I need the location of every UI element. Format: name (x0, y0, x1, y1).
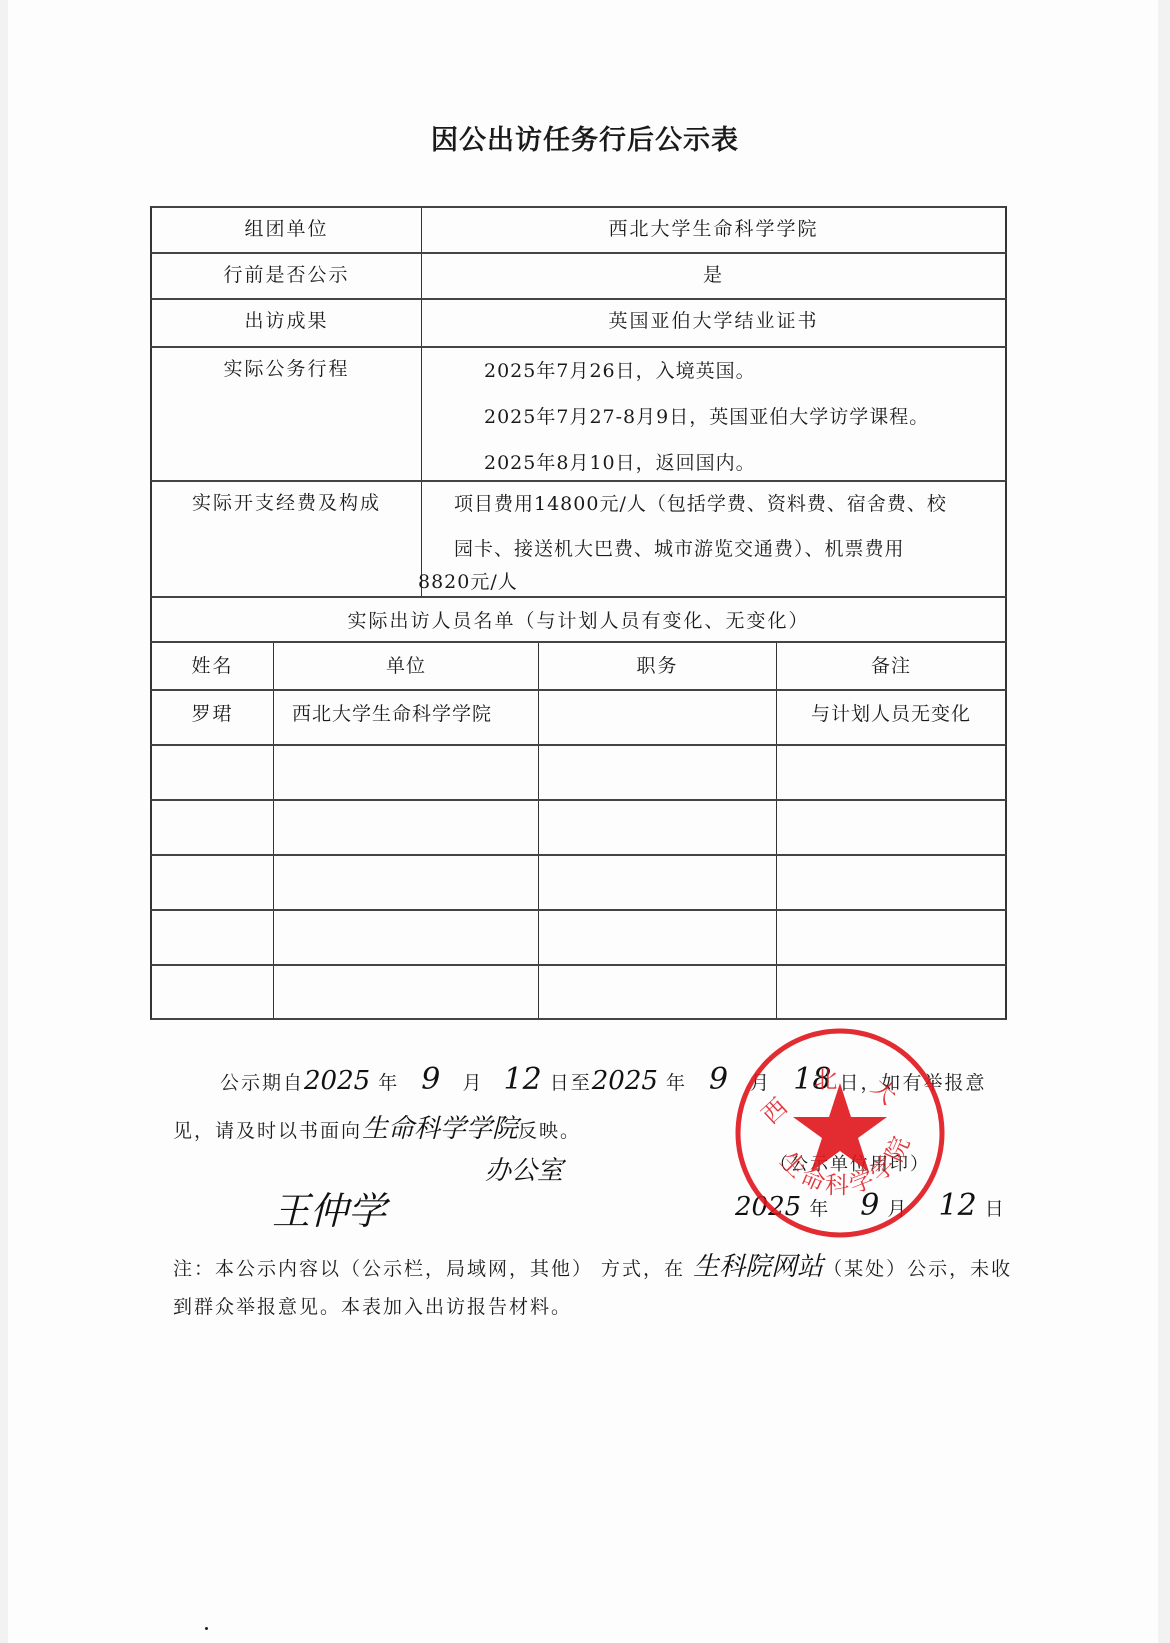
feedback-suffix: 反映。 (518, 1120, 581, 1142)
cell-remarks (777, 966, 1005, 1018)
itinerary-line: 2025年7月27-8月9日，英国亚伯大学访学课程。 (484, 394, 1005, 440)
cell-position (539, 746, 777, 799)
cell-unit (274, 746, 539, 799)
cell-remarks (777, 911, 1005, 964)
handwritten-sign-year: 2025 (735, 1192, 801, 1222)
day-suffix: 日，如有举报意 (839, 1072, 986, 1094)
table-row (150, 964, 1007, 1020)
value-pre-publicity: 是 (422, 254, 1005, 298)
header-remarks: 备注 (777, 643, 1005, 689)
feedback-prefix: 见，请及时以书面向 (173, 1120, 362, 1142)
to-label: 日至 (550, 1072, 592, 1094)
cell-name (152, 911, 274, 964)
handwritten-end-year: 2025 (592, 1066, 658, 1096)
itinerary-line: 2025年7月26日，入境英国。 (484, 348, 1005, 394)
sign-date: 2025 年 9 月 12 日 (735, 1188, 1006, 1223)
cell-remarks (777, 856, 1005, 909)
cell-name (152, 966, 274, 1018)
row-itinerary: 实际公务行程 2025年7月26日，入境英国。 2025年7月27-8月9日，英… (150, 346, 1007, 480)
label-costs: 实际开支经费及构成 (152, 482, 422, 596)
cost-line: 园卡、接送机大巴费、城市游览交通费）、机票费用 (422, 527, 1005, 572)
seal-caption: （公示单位用印） (770, 1150, 930, 1176)
month-label: 月 (887, 1198, 908, 1220)
document-title: 因公出访任务行后公示表 (0, 118, 1170, 157)
value-results: 英国亚伯大学结业证书 (422, 300, 1005, 346)
year-label: 年 (666, 1072, 687, 1094)
cost-line: 8820元/人 (418, 572, 1005, 598)
cell-remarks: 与计划人员无变化 (777, 691, 1005, 744)
cell-unit (274, 966, 539, 1018)
table-row (150, 799, 1007, 854)
table-row (150, 854, 1007, 909)
row-organizer: 组团单位 西北大学生命科学学院 (150, 206, 1007, 252)
handwritten-start-month: 9 (421, 1062, 440, 1097)
handwritten-signature: 王仲学 (272, 1180, 386, 1235)
note-line-2: 到群众举报意见。本表加入出访报告材料。 (173, 1292, 572, 1319)
value-costs: 项目费用14800元/人（包括学费、资料费、宿舍费、校 园卡、接送机大巴费、城市… (422, 482, 1005, 596)
cell-unit: 西北大学生命科学学院 (274, 691, 539, 744)
header-position: 职务 (539, 643, 777, 689)
note-line-1: 注：本公示内容以（公示栏，局域网，其他） 方式，在 生科院网站（某处）公示，未收 (173, 1246, 1012, 1283)
table-row (150, 909, 1007, 964)
cell-name (152, 801, 274, 854)
table-row: 罗珺 西北大学生命科学学院 与计划人员无变化 (150, 689, 1007, 744)
note-prefix: 注：本公示内容以（公示栏，局域网，其他） 方式，在 (173, 1258, 685, 1280)
cell-unit (274, 911, 539, 964)
table-row (150, 744, 1007, 799)
handwritten-place: 生科院网站 (693, 1252, 823, 1282)
year-label: 年 (378, 1072, 399, 1094)
cell-position (539, 856, 777, 909)
personnel-section-title: 实际出访人员名单（与计划人员有变化、无变化） (152, 598, 1005, 641)
row-results: 出访成果 英国亚伯大学结业证书 (150, 298, 1007, 346)
value-itinerary: 2025年7月26日，入境英国。 2025年7月27-8月9日，英国亚伯大学访学… (422, 348, 1005, 480)
cell-name (152, 746, 274, 799)
row-personnel-title: 实际出访人员名单（与计划人员有变化、无变化） (150, 596, 1007, 641)
notice-period-line: 公示期自2025 年 9 月 12 日至2025 年 9 月 18 日，如有举报… (220, 1062, 986, 1097)
cell-remarks (777, 801, 1005, 854)
cell-position (539, 911, 777, 964)
handwritten-start-day: 12 (504, 1062, 542, 1097)
day-label: 日 (985, 1198, 1006, 1220)
value-organizer: 西北大学生命科学学院 (422, 208, 1005, 252)
handwritten-office: 生命科学学院 (362, 1114, 518, 1144)
cell-remarks (777, 746, 1005, 799)
cell-position (539, 801, 777, 854)
month-label: 月 (462, 1072, 483, 1094)
year-label: 年 (809, 1198, 830, 1220)
label-pre-publicity: 行前是否公示 (152, 254, 422, 298)
period-prefix: 公示期自 (220, 1072, 304, 1094)
cell-unit (274, 856, 539, 909)
notice-feedback-line: 见，请及时以书面向生命科学学院反映。 (173, 1108, 581, 1145)
month-label: 月 (750, 1072, 771, 1094)
scan-speck (205, 1627, 208, 1630)
cell-position (539, 966, 777, 1018)
header-unit: 单位 (274, 643, 539, 689)
handwritten-sign-day: 12 (938, 1188, 976, 1223)
cell-name: 罗珺 (152, 691, 274, 744)
header-name: 姓名 (152, 643, 274, 689)
label-itinerary: 实际公务行程 (152, 348, 422, 480)
publicity-table: 组团单位 西北大学生命科学学院 行前是否公示 是 出访成果 英国亚伯大学结业证书… (150, 206, 1007, 1020)
cell-position (539, 691, 777, 744)
cost-line: 项目费用14800元/人（包括学费、资料费、宿舍费、校 (422, 482, 1005, 527)
handwritten-end-month: 9 (709, 1062, 728, 1097)
cell-unit (274, 801, 539, 854)
personnel-header-row: 姓名 单位 职务 备注 (150, 641, 1007, 689)
handwritten-start-year: 2025 (304, 1066, 370, 1096)
label-organizer: 组团单位 (152, 208, 422, 252)
handwritten-end-day: 18 (793, 1062, 831, 1097)
handwritten-sign-month: 9 (860, 1188, 879, 1223)
cell-name (152, 856, 274, 909)
note-mid: （某处）公示，未收 (823, 1258, 1012, 1280)
row-pre-publicity: 行前是否公示 是 (150, 252, 1007, 298)
label-results: 出访成果 (152, 300, 422, 346)
row-costs: 实际开支经费及构成 项目费用14800元/人（包括学费、资料费、宿舍费、校 园卡… (150, 480, 1007, 596)
handwritten-office-2: 办公室 (485, 1150, 563, 1187)
